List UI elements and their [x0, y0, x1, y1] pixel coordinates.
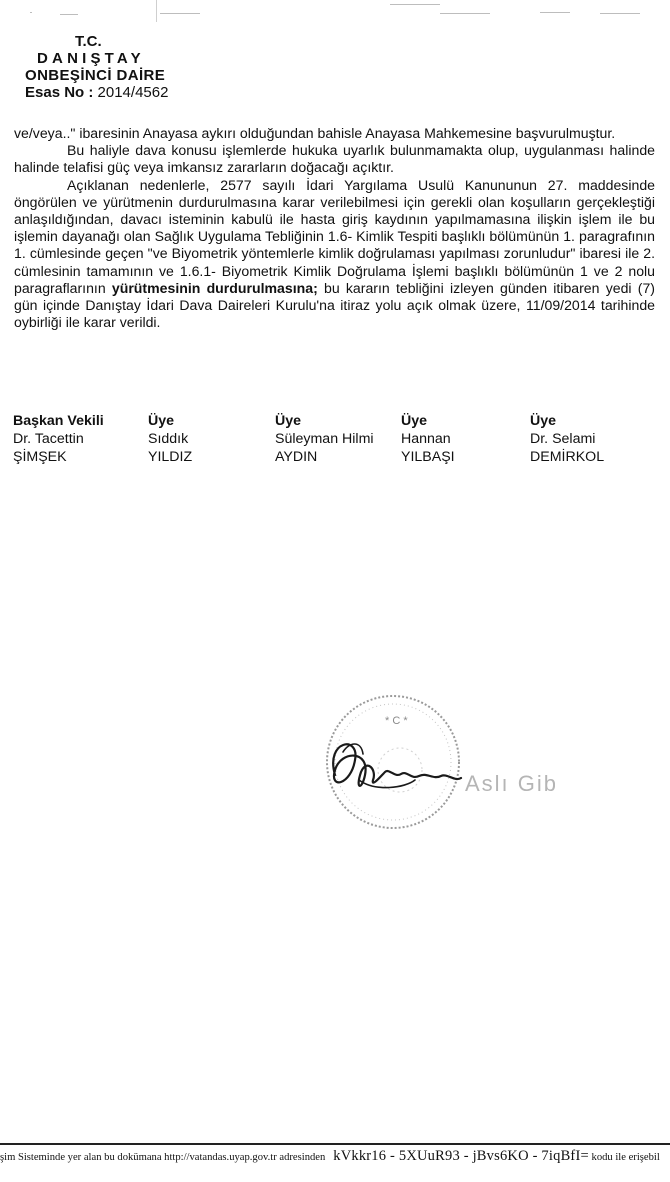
signatory-first-name: Sıddık	[148, 430, 192, 448]
signatory-4: Üye Hannan YILBAŞI	[401, 412, 455, 466]
signatory-5: Üye Dr. Selami DEMİRKOL	[530, 412, 604, 466]
uyap-verification-footer: şim Sisteminde yer alan bu dokümana http…	[0, 1148, 670, 1165]
signatory-first-name: Dr. Selami	[530, 430, 604, 448]
scan-artifacts	[0, 0, 670, 20]
seal-stamp-icon: * C * Aslı Gibidir	[315, 680, 555, 840]
signatory-2: Üye Sıddık YILDIZ	[148, 412, 192, 466]
signatory-last-name: ŞİMŞEK	[13, 448, 104, 466]
signatory-first-name: Dr. Tacettin	[13, 430, 104, 448]
signatory-3: Üye Süleyman Hilmi AYDIN	[275, 412, 374, 466]
signatory-role: Üye	[530, 412, 604, 430]
signatory-role: Üye	[148, 412, 192, 430]
signatory-role: Üye	[401, 412, 455, 430]
certified-copy-text: Aslı Gibidir	[465, 771, 555, 796]
signatory-1: Başkan Vekili Dr. Tacettin ŞİMŞEK	[13, 412, 104, 466]
case-number-label: Esas No :	[25, 84, 93, 101]
signatory-first-name: Hannan	[401, 430, 455, 448]
paragraph-2: Bu haliyle dava konusu işlemlerde hukuka…	[14, 142, 655, 176]
chamber-name: ONBEŞİNCİ DAİRE	[24, 67, 168, 84]
footer-suffix: kodu ile erişebil	[592, 1152, 660, 1163]
footer-prefix: şim Sisteminde yer alan bu dokümana http…	[0, 1152, 325, 1163]
footer-divider	[0, 1143, 670, 1145]
decision-body: ve/veya.." ibaresinin Anayasa aykırı old…	[14, 125, 655, 331]
case-number-value: 2014/4562	[98, 84, 169, 101]
signatory-last-name: YILDIZ	[148, 448, 192, 466]
signatory-role: Üye	[275, 412, 374, 430]
signatory-last-name: DEMİRKOL	[530, 448, 604, 466]
paragraph-1: ve/veya.." ibaresinin Anayasa aykırı old…	[14, 125, 655, 142]
signatory-first-name: Süleyman Hilmi	[275, 430, 374, 448]
signatory-last-name: YILBAŞI	[401, 448, 455, 466]
document-header: T.C. DANIŞTAY ONBEŞİNCİ DAİRE Esas No : …	[24, 33, 168, 101]
court-name: DANIŞTAY	[24, 50, 168, 67]
paragraph-3-bold-ruling: yürütmesinin durdurulmasına;	[112, 280, 318, 296]
access-code: kVkkr16 - 5XUuR93 - jBvs6KO - 7iqBfI=	[333, 1148, 589, 1164]
signatory-last-name: AYDIN	[275, 448, 374, 466]
svg-text:* C *: * C *	[385, 715, 408, 727]
signatory-role: Başkan Vekili	[13, 412, 104, 430]
paragraph-3: Açıklanan nedenlerle, 2577 sayılı İdari …	[14, 177, 655, 332]
paragraph-3-text-a: Açıklanan nedenlerle, 2577 sayılı İdari …	[14, 177, 655, 296]
scan-fold-line	[156, 0, 157, 22]
case-number-line: Esas No : 2014/4562	[24, 84, 168, 101]
official-seal-and-signature: * C * Aslı Gibidir	[315, 680, 555, 840]
republic-label: T.C.	[24, 33, 168, 50]
